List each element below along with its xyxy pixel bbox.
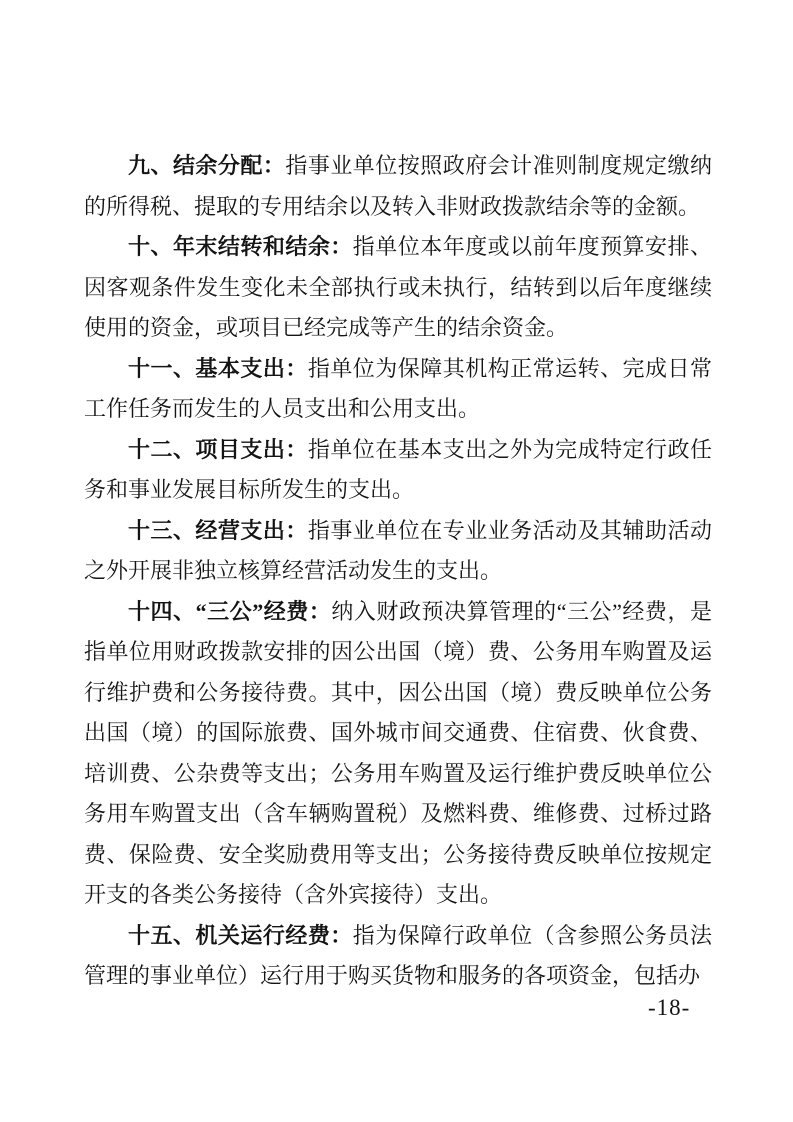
term-heading: 十三、经营支出： xyxy=(128,518,308,543)
term-heading: 十一、基本支出： xyxy=(128,356,308,381)
paragraph-basic-expenditure: 十一、基本支出：指单位为保障其机构正常运转、完成日常工作任务而发生的人员支出和公… xyxy=(84,349,712,430)
paragraph-operating-expenditure: 十三、经营支出：指事业单位在专业业务活动及其辅助活动之外开展非独立核算经营活动发… xyxy=(84,511,712,592)
page-number: -18- xyxy=(648,995,690,1021)
paragraph-project-expenditure: 十二、项目支出：指单位在基本支出之外为完成特定行政任务和事业发展目标所发生的支出… xyxy=(84,430,712,511)
term-heading: 九、结余分配： xyxy=(128,153,285,178)
paragraph-surplus-distribution: 九、结余分配：指事业单位按照政府会计准则制度规定缴纳的所得税、提取的专用结余以及… xyxy=(84,146,712,227)
paragraph-year-end-carryover: 十、年末结转和结余：指单位本年度或以前年度预算安排、因客观条件发生变化未全部执行… xyxy=(84,227,712,349)
paragraph-three-public-funds: 十四、“三公”经费：纳入财政预决算管理的“三公”经费，是指单位用财政拨款安排的因… xyxy=(84,592,712,916)
term-heading: 十二、项目支出： xyxy=(128,437,308,462)
paragraph-agency-operating-funds: 十五、机关运行经费：指为保障行政单位（含参照公务员法管理的事业单位）运行用于购买… xyxy=(84,916,712,997)
term-heading: 十、年末结转和结余： xyxy=(128,234,353,259)
term-heading: 十五、机关运行经费： xyxy=(128,923,353,948)
term-definition: 纳入财政预决算管理的“三公”经费，是指单位用财政拨款安排的因公出国（境）费、公务… xyxy=(84,599,712,908)
term-heading: 十四、“三公”经费： xyxy=(128,599,331,624)
document-page: 九、结余分配：指事业单位按照政府会计准则制度规定缴纳的所得税、提取的专用结余以及… xyxy=(0,0,793,1122)
definitions-list: 九、结余分配：指事业单位按照政府会计准则制度规定缴纳的所得税、提取的专用结余以及… xyxy=(84,146,712,997)
